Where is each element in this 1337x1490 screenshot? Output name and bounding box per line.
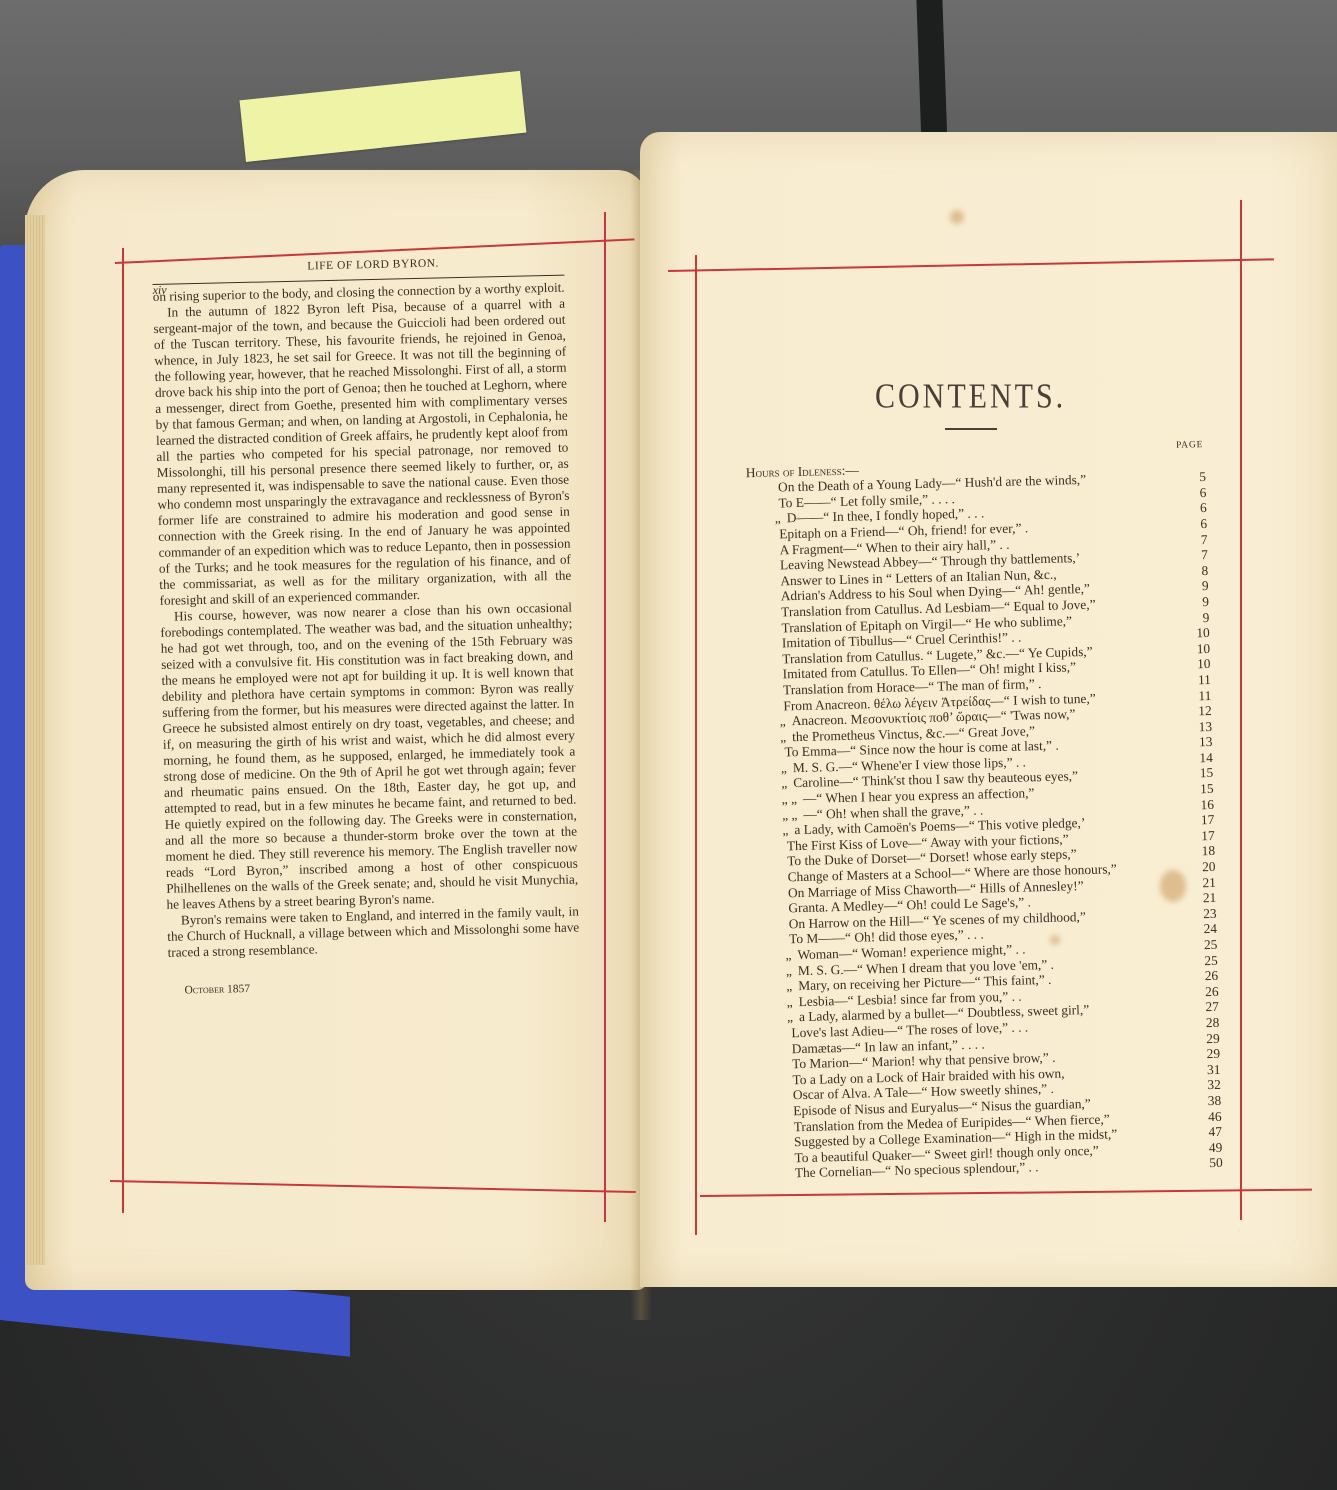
toc-entry-page: 32 <box>1195 1077 1221 1093</box>
toc-entry-page: 17 <box>1188 812 1214 828</box>
foxing-stain <box>1050 935 1060 945</box>
page-edges <box>25 215 45 1265</box>
toc-entry-page: 26 <box>1192 968 1218 984</box>
toc-entry-page: 21 <box>1190 890 1216 906</box>
contents-heading: CONTENTS. <box>875 377 1060 416</box>
right-page-left-border <box>695 255 697 1235</box>
ditto-mark: „ <box>775 511 781 527</box>
toc-entry-page: 50 <box>1197 1155 1223 1171</box>
toc-entry-page: 20 <box>1189 859 1215 875</box>
ditto-mark: „ <box>786 978 792 994</box>
page-folio: xiv <box>152 282 166 298</box>
toc-entry-page: 13 <box>1186 719 1212 735</box>
toc-entry-page: 11 <box>1185 672 1211 688</box>
toc-entry-page: 24 <box>1191 921 1217 937</box>
toc-entry-page: 15 <box>1187 781 1213 797</box>
toc-entry-page: 27 <box>1193 999 1219 1015</box>
toc-entry-page: 29 <box>1194 1046 1220 1062</box>
toc-entry-page: 15 <box>1187 765 1213 781</box>
ditto-mark: „ <box>781 776 787 792</box>
toc-entry-page: 23 <box>1190 906 1216 922</box>
left-page-left-border <box>122 248 124 1213</box>
toc-entry-page: 46 <box>1195 1108 1221 1124</box>
ditto-mark: „ <box>780 713 786 729</box>
toc-entry-page: 9 <box>1183 594 1209 610</box>
toc-entry-page: 9 <box>1182 578 1208 594</box>
toc-entry-page: 18 <box>1189 843 1215 859</box>
toc-entry-page: 6 <box>1180 485 1206 501</box>
toc-entry-page: 14 <box>1187 750 1213 766</box>
toc-entry-page: 10 <box>1184 641 1210 657</box>
toc-entry-page: 29 <box>1193 1030 1219 1046</box>
paragraph: In the autumn of 1822 Byron left Pisa, b… <box>153 296 572 609</box>
ditto-mark: „ <box>787 1010 793 1026</box>
toc-entry-page: 10 <box>1184 625 1210 641</box>
ditto-mark: „ <box>786 994 792 1010</box>
ditto-mark: „ <box>785 947 791 963</box>
toc-entry-page: 49 <box>1196 1140 1222 1156</box>
paragraph: His course, however, was now nearer a cl… <box>160 600 579 913</box>
toc-entry-page: 31 <box>1194 1062 1220 1078</box>
foxing-stain <box>1160 870 1186 902</box>
left-page-body: LIFE OF LORD BYRON. xiv on rising superi… <box>152 253 581 999</box>
ditto-mark: „ <box>782 823 788 839</box>
toc-entry-page: 16 <box>1188 797 1214 813</box>
table-of-contents: PAGE Hours of Idleness:— On the Death of… <box>745 438 1223 1182</box>
toc-entry-page: 12 <box>1185 703 1211 719</box>
left-page-right-border <box>604 212 606 1222</box>
toc-entry-page: 10 <box>1184 656 1210 672</box>
toc-entry-page: 6 <box>1181 500 1207 516</box>
toc-entry-page: 25 <box>1192 952 1218 968</box>
ditto-mark: „ <box>780 729 786 745</box>
toc-entry-page: 26 <box>1192 984 1218 1000</box>
paragraph: Byron's remains were taken to England, a… <box>167 903 580 960</box>
right-page-right-border <box>1240 200 1242 1220</box>
toc-entry-page: 13 <box>1186 734 1212 750</box>
toc-entries: On the Death of a Young Lady—“ Hush'd ar… <box>746 469 1223 1182</box>
toc-entry-page: 47 <box>1196 1124 1222 1140</box>
toc-entry-page: 9 <box>1183 609 1209 625</box>
toc-entry-page: 8 <box>1182 563 1208 579</box>
toc-entry-page: 11 <box>1185 687 1211 703</box>
toc-entry-page: 38 <box>1195 1093 1221 1109</box>
toc-entry-page: 21 <box>1190 874 1216 890</box>
toc-entry-page: 7 <box>1182 547 1208 563</box>
toc-entry-page: 5 <box>1180 469 1206 485</box>
toc-entry-page: 6 <box>1181 516 1207 532</box>
ditto-mark: „ „ <box>782 791 798 807</box>
ditto-mark: „ „ <box>782 807 798 823</box>
ditto-mark: „ <box>786 963 792 979</box>
toc-entry-page: 17 <box>1189 828 1215 844</box>
toc-entry-page: 25 <box>1191 937 1217 953</box>
ditto-mark: „ <box>781 760 787 776</box>
foxing-stain <box>950 210 964 224</box>
toc-entry-page: 28 <box>1193 1015 1219 1031</box>
toc-entry-page: 7 <box>1181 532 1207 548</box>
heading-rule <box>945 428 997 430</box>
